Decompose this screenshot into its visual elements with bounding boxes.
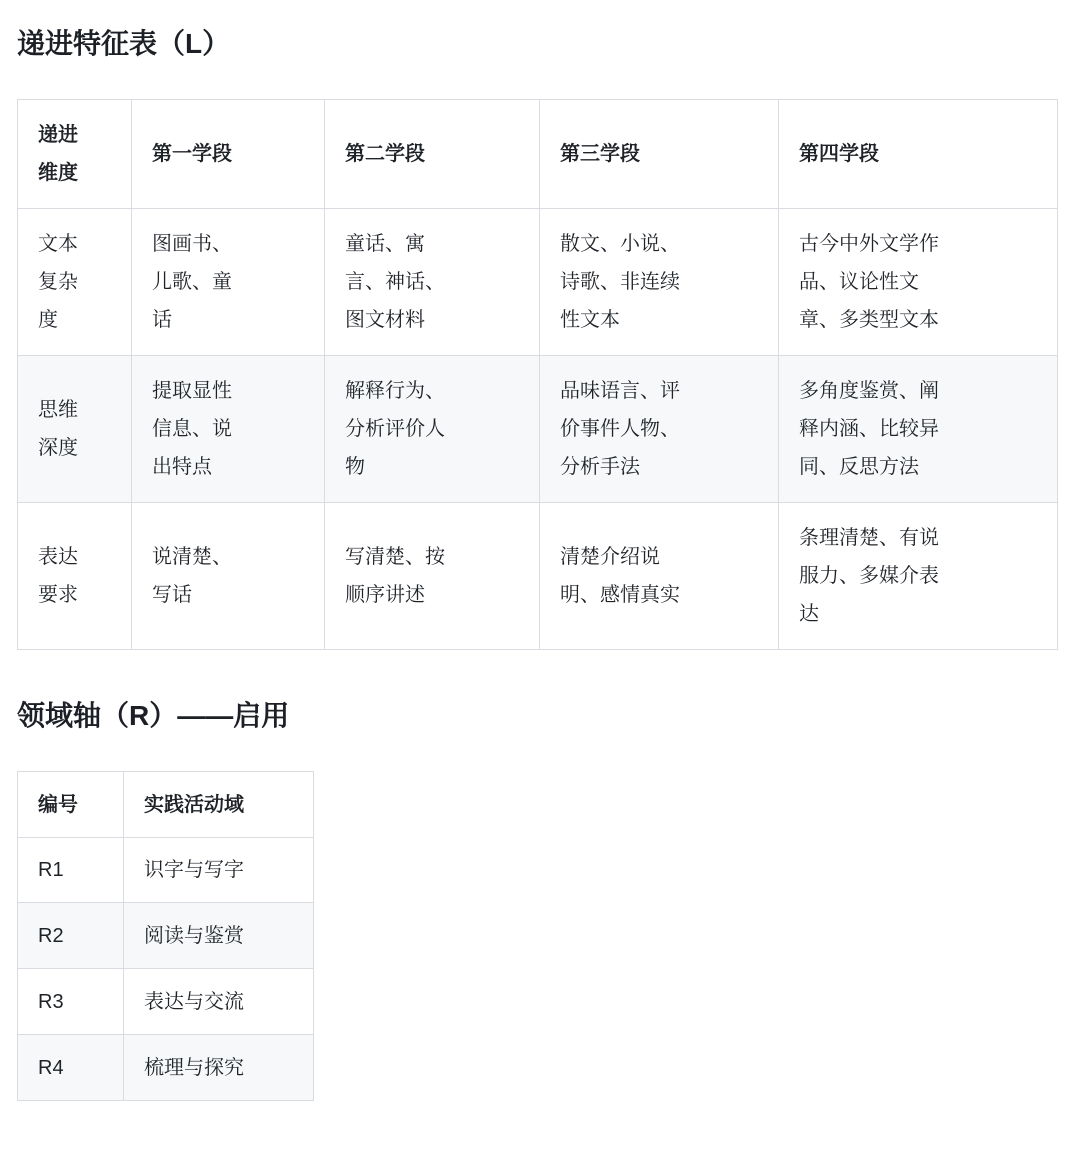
cell-text: R1 [38,851,64,889]
cell-text: 实践活动域 [144,786,244,824]
progressive-table-heading: 递进特征表（L） [17,26,1063,61]
cell-text: 清楚介绍说明、感情真实 [560,538,696,614]
cell-text: R4 [38,1049,64,1087]
table-cell: R3 [18,969,124,1035]
table-cell: 说清楚、写话 [132,503,325,650]
cell-text: 说清楚、写话 [152,538,242,614]
domain-axis-heading: 领域轴（R）——启用 [17,698,1063,733]
cell-text: R2 [38,917,64,955]
table-row: R4梳理与探究 [18,1034,314,1100]
table-cell: 提取显性信息、说出特点 [132,356,325,503]
cell-text: 表达要求 [38,538,90,614]
header-row: 递进维度第一学段第二学段第三学段第四学段 [18,100,1058,209]
table-cell: 解释行为、分析评价人物 [325,356,540,503]
table-row: 思维深度提取显性信息、说出特点解释行为、分析评价人物品味语言、评价事件人物、分析… [18,356,1058,503]
cell-text: 写清楚、按顺序讲述 [345,538,446,614]
cell-text: 童话、寓言、神话、图文材料 [345,225,446,339]
table-cell: 图画书、儿歌、童话 [132,209,325,356]
column-header: 第三学段 [540,100,779,209]
cell-text: 提取显性信息、说出特点 [152,372,242,486]
cell-text: 梳理与探究 [144,1049,244,1087]
cell-text: 多角度鉴赏、阐释内涵、比较异同、反思方法 [799,372,945,486]
cell-text: 识字与写字 [144,851,244,889]
table-cell: 清楚介绍说明、感情真实 [540,503,779,650]
table-cell: 童话、寓言、神话、图文材料 [325,209,540,356]
section-progressive-features: 递进特征表（L） 递进维度第一学段第二学段第三学段第四学段文本复杂度图画书、儿歌… [17,26,1063,650]
cell-text: 散文、小说、诗歌、非连续性文本 [560,225,696,339]
cell-text: 文本复杂度 [38,225,90,339]
table-row: R1识字与写字 [18,837,314,903]
table-row: R3表达与交流 [18,969,314,1035]
header-row: 编号实践活动域 [18,772,314,838]
cell-text: R3 [38,983,64,1021]
cell-text: 条理清楚、有说服力、多媒介表达 [799,519,945,633]
cell-text: 表达与交流 [144,983,244,1021]
table-cell: 梳理与探究 [124,1034,314,1100]
domain-axis-table: 编号实践活动域R1识字与写字R2阅读与鉴赏R3表达与交流R4梳理与探究 [17,771,314,1101]
cell-text: 阅读与鉴赏 [144,917,244,955]
column-header: 编号 [18,772,124,838]
cell-text: 第四学段 [799,135,879,173]
column-header: 第四学段 [779,100,1058,209]
table-cell: 表达与交流 [124,969,314,1035]
cell-text: 思维深度 [38,391,90,467]
table-cell: 写清楚、按顺序讲述 [325,503,540,650]
section-domain-axis: 领域轴（R）——启用 编号实践活动域R1识字与写字R2阅读与鉴赏R3表达与交流R… [17,698,1063,1101]
table-cell: R4 [18,1034,124,1100]
table-row: 表达要求说清楚、写话写清楚、按顺序讲述清楚介绍说明、感情真实条理清楚、有说服力、… [18,503,1058,650]
cell-text: 第二学段 [345,135,425,173]
table-cell: 条理清楚、有说服力、多媒介表达 [779,503,1058,650]
cell-text: 第一学段 [152,135,232,173]
column-header: 第一学段 [132,100,325,209]
table-cell: 文本复杂度 [18,209,132,356]
table-cell: 多角度鉴赏、阐释内涵、比较异同、反思方法 [779,356,1058,503]
cell-text: 古今中外文学作品、议论性文章、多类型文本 [799,225,945,339]
table-row: 文本复杂度图画书、儿歌、童话童话、寓言、神话、图文材料散文、小说、诗歌、非连续性… [18,209,1058,356]
table-cell: 识字与写字 [124,837,314,903]
document-body: { "page": { "background_color": "#ffffff… [0,0,1080,1154]
table-cell: 古今中外文学作品、议论性文章、多类型文本 [779,209,1058,356]
table-cell: 思维深度 [18,356,132,503]
cell-text: 编号 [38,786,78,824]
cell-text: 解释行为、分析评价人物 [345,372,446,486]
progressive-feature-table: 递进维度第一学段第二学段第三学段第四学段文本复杂度图画书、儿歌、童话童话、寓言、… [17,99,1058,650]
table-cell: 阅读与鉴赏 [124,903,314,969]
table-cell: 表达要求 [18,503,132,650]
table-cell: 散文、小说、诗歌、非连续性文本 [540,209,779,356]
table-row: R2阅读与鉴赏 [18,903,314,969]
column-header: 实践活动域 [124,772,314,838]
cell-text: 图画书、儿歌、童话 [152,225,242,339]
table-cell: 品味语言、评价事件人物、分析手法 [540,356,779,503]
cell-text: 品味语言、评价事件人物、分析手法 [560,372,696,486]
table-cell: R2 [18,903,124,969]
cell-text: 递进维度 [38,116,90,192]
column-header: 第二学段 [325,100,540,209]
table-cell: R1 [18,837,124,903]
column-header: 递进维度 [18,100,132,209]
cell-text: 第三学段 [560,135,640,173]
